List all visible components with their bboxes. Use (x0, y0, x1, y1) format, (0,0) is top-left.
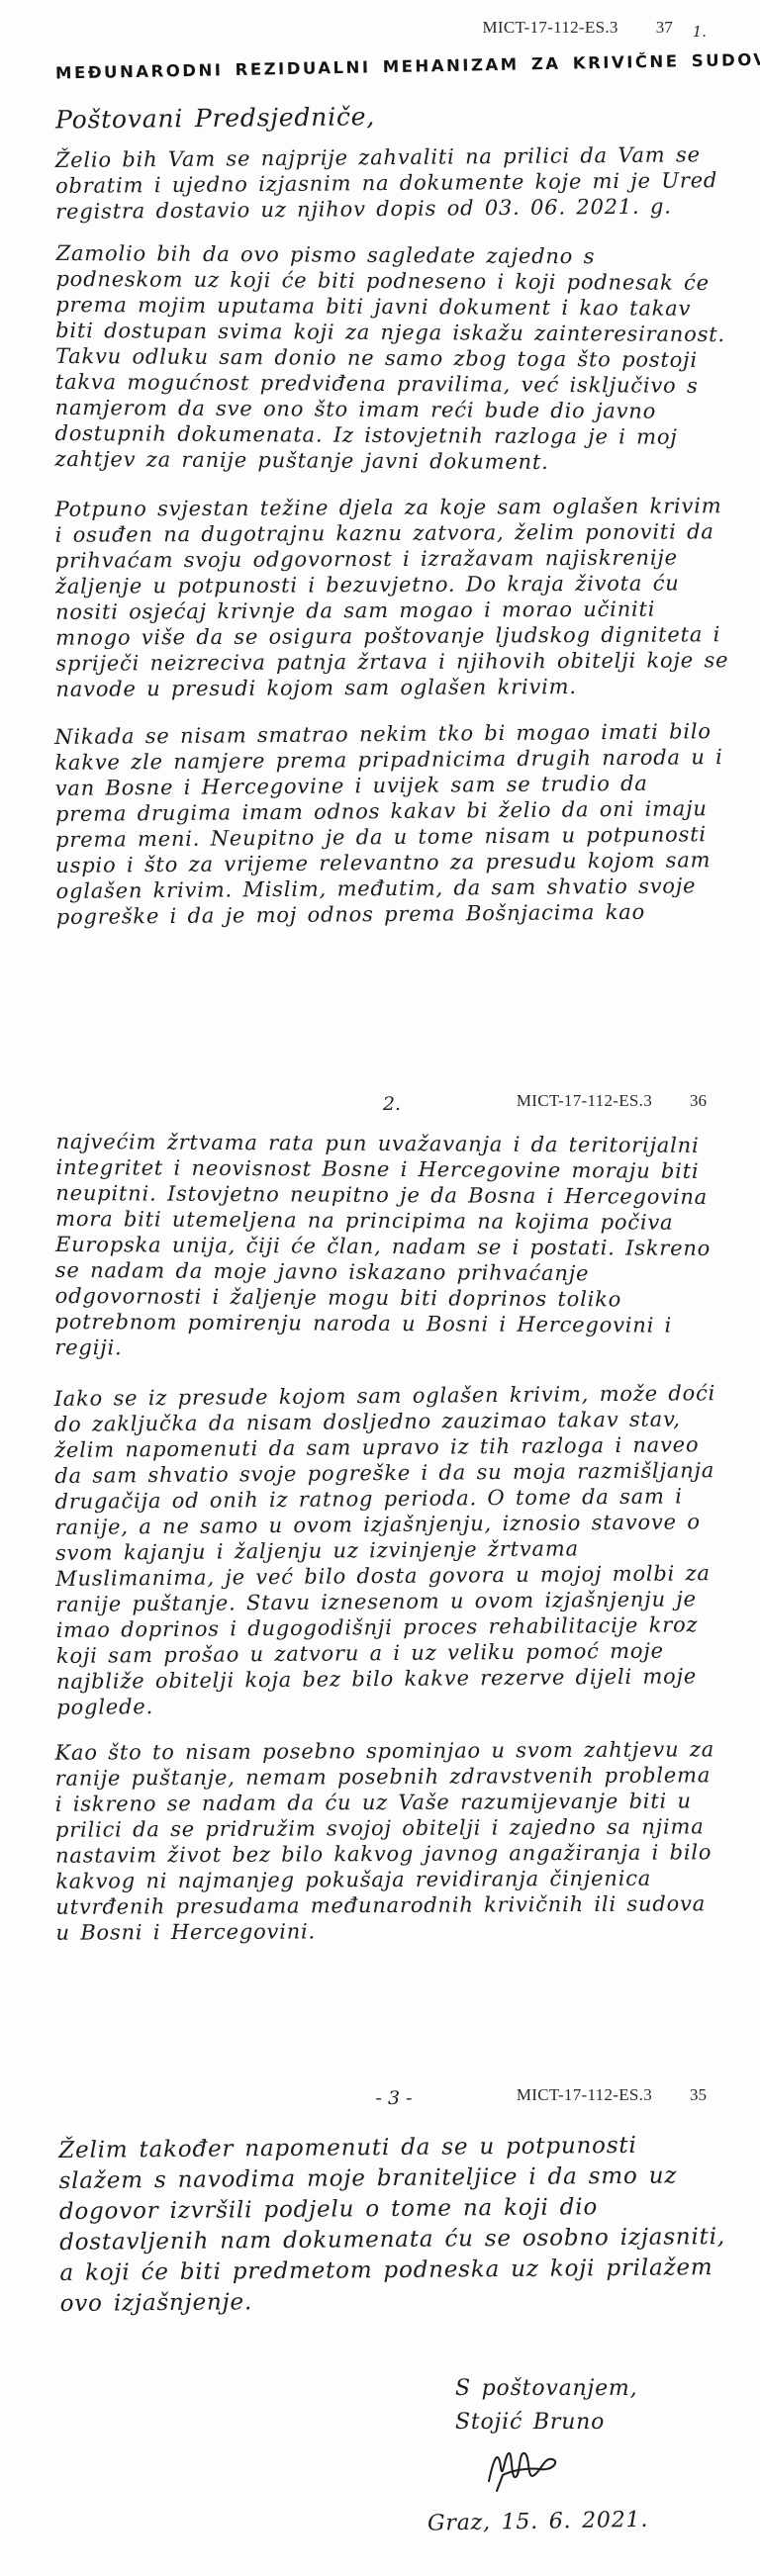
signature-scribble (483, 2441, 574, 2493)
paragraph: Kao što to nisam posebno spominjao u svo… (54, 1736, 728, 1946)
case-number: MICT-17-112-ES.3 (483, 18, 618, 38)
paragraph: Zamolio bih da ovo pismo sagledate zajed… (54, 240, 728, 476)
letter-page-3: - 3 - MICT-17-112-ES.3 35 Želim također … (0, 2077, 760, 2576)
paragraph: Iako se iz presude kojom sam oglašen kri… (54, 1380, 730, 1720)
page-header: 2. MICT-17-112-ES.3 36 (55, 1091, 728, 1111)
page-number: 37 (656, 18, 673, 38)
paragraph: Nikada se nisam smatrao nekim tko bi mog… (54, 718, 729, 930)
paragraph: Želim također napomenuti da se u potpuno… (58, 2130, 729, 2320)
place-date: Graz, 15. 6. 2021. (427, 2506, 728, 2535)
handwritten-page-label: 2. (55, 1093, 728, 1115)
paragraph: najvećim žrtvama rata pun uvažavanja i d… (54, 1129, 728, 1364)
letter-page-2: 2. MICT-17-112-ES.3 36 najvećim žrtvama … (0, 1034, 760, 2077)
signer-name: Stojić Bruno (455, 2406, 728, 2439)
paragraph: Želio bih Vam se najprije zahvaliti na p… (55, 141, 729, 225)
scanned-letter: MICT-17-112-ES.3 37 1. MEĐUNARODNI REZID… (0, 0, 760, 2576)
page-header: MICT-17-112-ES.3 37 1. (55, 18, 728, 38)
paragraph: Potpuno svjestan težine djela za koje sa… (54, 493, 728, 702)
handwritten-exhibit-mark: 1. (693, 23, 707, 41)
salutation: Poštovani Predsjedniče, (55, 98, 728, 134)
page-header: - 3 - MICT-17-112-ES.3 35 (59, 2085, 728, 2105)
letter-page-1: MICT-17-112-ES.3 37 1. MEĐUNARODNI REZID… (0, 0, 760, 1034)
valediction: S poštovanjem, (455, 2372, 728, 2406)
closing-block: S poštovanjem, Stojić Bruno (455, 2372, 728, 2493)
document-title: MEĐUNARODNI REZIDUALNI MEHANIZAM ZA KRIV… (55, 50, 728, 82)
handwritten-page-label: - 3 - (59, 2087, 728, 2109)
